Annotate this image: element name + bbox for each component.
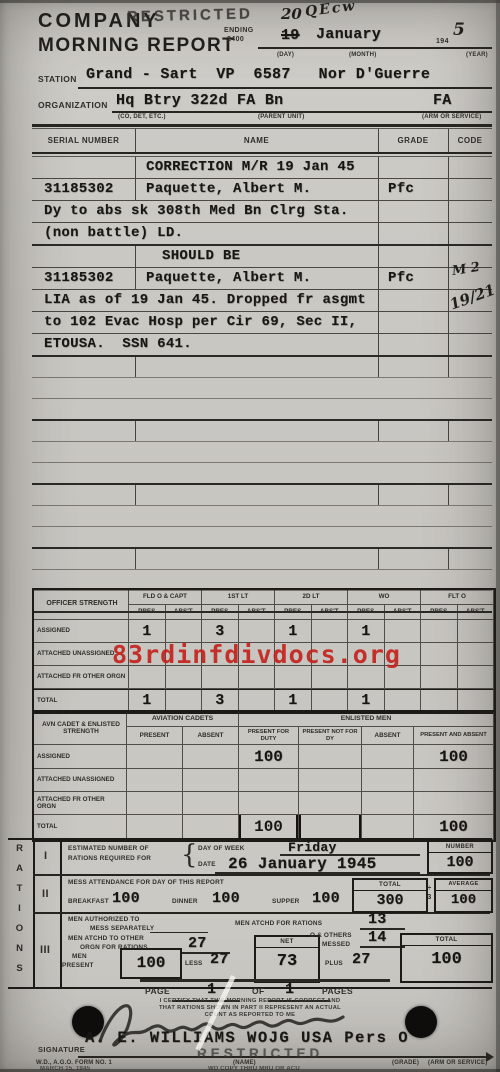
abst-header: ABS'T xyxy=(312,605,349,620)
net-value: 73 xyxy=(256,948,318,973)
number-label: NUMBER xyxy=(429,842,491,853)
blank-row xyxy=(32,378,492,399)
roster-row-remark: to 102 Evac Hosp per Cir 69, Sec II, xyxy=(32,312,492,334)
signature-typed-name: A. E. WILLIAMS WOJG USA Pers O xyxy=(85,1031,409,1047)
total2-value: 100 xyxy=(402,946,491,971)
men-present-box: 100 xyxy=(120,948,182,979)
col-code: CODE xyxy=(448,136,492,145)
enlisted-table-corner: AVN CADET & ENLISTED STRENGTH xyxy=(34,712,127,745)
men-present-label1: MEN xyxy=(72,953,87,960)
station-label: STATION xyxy=(38,75,77,85)
group-2d-lt: 2D LT xyxy=(275,590,348,605)
form-title-line2: MORNING REPORT xyxy=(38,35,235,57)
day-sublabel: (DAY) xyxy=(277,52,294,59)
rations-row1-numeral: I xyxy=(44,850,47,863)
supper-value: 100 xyxy=(312,891,340,906)
arm-sublabel: (ARM OR SERVICE) xyxy=(428,1060,487,1067)
atchd-for-rations-label: MEN ATCHD FOR RATIONS xyxy=(235,920,322,927)
less-value: 27 xyxy=(210,952,229,967)
signature-label: SIGNATURE xyxy=(38,1046,85,1055)
atchd-for-rations-value: 13 xyxy=(368,912,387,927)
roster-header-row: SERIAL NUMBER NAME GRADE CODE xyxy=(32,129,492,152)
enlisted-assigned-pa: 100 xyxy=(414,745,494,769)
entry2-remark1: LIA as of 19 Jan 45. Dropped fr asgmt xyxy=(44,293,366,307)
blank-row xyxy=(32,463,492,485)
day-handwritten: 20 xyxy=(281,7,302,22)
roster-row-remark: Dy to abs sk 308th Med Bn Clrg Sta. xyxy=(32,201,492,223)
rations-row3-numeral: III xyxy=(40,944,50,957)
abst-header: ABS'T xyxy=(239,605,276,620)
net-label: NET xyxy=(256,937,318,948)
officer-total-value: 1 xyxy=(129,689,166,712)
others-messed-value: 14 xyxy=(368,930,387,945)
entry1-grade: Pfc xyxy=(388,182,414,196)
pres-header: PRES xyxy=(129,605,166,620)
group-1st-lt: 1ST LT xyxy=(202,590,275,605)
group-enlisted-men: ENLISTED MEN xyxy=(239,712,494,727)
pres-header: PRES xyxy=(348,605,385,620)
correction-header-text: CORRECTION M/R 19 Jan 45 xyxy=(146,160,355,174)
day-of-week-value: Friday xyxy=(288,841,337,854)
blank-entry-row xyxy=(32,357,492,378)
entry2-code-handwritten: M 2 xyxy=(451,261,481,278)
org-parent-sublabel: (PARENT UNIT) xyxy=(258,114,304,121)
org-unit-sublabel: (CO, DET, ETC.) xyxy=(118,114,166,121)
day-of-week-label: DAY OF WEEK xyxy=(198,845,245,852)
roster-row-correction: CORRECTION M/R 19 Jan 45 xyxy=(32,157,492,179)
estimated-rations-label2: RATIONS REQUIRED FOR xyxy=(68,855,151,862)
roster-row-remark: ETOUSA. SSN 641. xyxy=(32,334,492,357)
total-value: 300 xyxy=(354,891,426,911)
officer-table-corner: OFFICER STRENGTH xyxy=(34,590,129,620)
station-underline xyxy=(78,87,492,89)
date-label: DATE xyxy=(198,861,216,868)
rations-row2-numeral: II xyxy=(42,888,49,901)
col-present-not-for-dy: PRESENT NOT FOR DY xyxy=(299,727,362,745)
plus-value: 27 xyxy=(352,952,371,967)
supper-label: SUPPER xyxy=(272,898,299,905)
plus-label: PLUS xyxy=(325,960,343,967)
date-underline xyxy=(258,47,492,49)
others-messed-label1: O & OTHERS xyxy=(310,932,352,939)
roster-row-should-be: SHOULD BE xyxy=(32,246,492,268)
average-value: 100 xyxy=(436,891,491,909)
others-messed-label2: MESSED xyxy=(322,941,350,948)
bottom-line xyxy=(140,979,390,982)
row-attached-unassigned: ATTACHED UNASSIGNED xyxy=(34,769,127,792)
abst-header: ABS'T xyxy=(385,605,422,620)
roster-table: SERIAL NUMBER NAME GRADE CODE CORRECTION… xyxy=(32,124,492,586)
atchd-other-label1: MEN ATCHD TO OTHER xyxy=(68,935,144,942)
number-value: 100 xyxy=(429,853,491,873)
blank-row xyxy=(32,399,492,421)
col-present: PRESENT xyxy=(127,727,183,745)
abst-header: ABS'T xyxy=(458,605,495,620)
col-absent-em: ABSENT xyxy=(362,727,414,745)
rations-section: RATIONS I II III ESTIMATED NUMBER OF RAT… xyxy=(8,838,492,989)
year-sublabel: (YEAR) xyxy=(466,52,488,59)
rations-vertical-label: RATIONS xyxy=(14,843,25,985)
col-present-for-duty: PRESENT FOR DUTY xyxy=(239,727,299,745)
brace: { xyxy=(181,840,198,870)
col-serial-number: SERIAL NUMBER xyxy=(32,136,135,145)
roster-row-entry2: 31185302 Paquette, Albert M. Pfc M 2 xyxy=(32,268,492,290)
row-total: TOTAL xyxy=(34,689,129,712)
group-flt-o: FLT O xyxy=(421,590,494,605)
breakfast-label: BREAKFAST xyxy=(68,898,109,905)
col-name: NAME xyxy=(135,136,378,145)
total-pnfd-box xyxy=(299,815,361,840)
blank-entry-row xyxy=(32,549,492,570)
average-label: AVERAGE xyxy=(436,880,491,891)
entry2-serial: 31185302 xyxy=(44,271,114,285)
mess-sep-underline xyxy=(150,932,208,933)
abst-header: ABS'T xyxy=(166,605,203,620)
row-attached-fr-other: ATTACHED FR OTHER ORGN xyxy=(34,666,129,689)
blank-entry-row xyxy=(32,485,492,506)
roster-row-remark: LIA as of 19 Jan 45. Dropped fr asgmt 19… xyxy=(32,290,492,312)
organization-underline xyxy=(112,111,492,113)
estimated-rations-label1: ESTIMATED NUMBER OF xyxy=(68,845,149,852)
total2-label: TOTAL xyxy=(402,935,491,946)
less-label: LESS xyxy=(185,960,203,967)
group-wo: WO xyxy=(348,590,421,605)
row-total: TOTAL xyxy=(34,815,127,840)
scan-edge-top xyxy=(0,0,500,3)
roster-row-entry1: 31185302 Paquette, Albert M. Pfc xyxy=(32,179,492,201)
total-box: TOTAL 300 xyxy=(352,878,428,913)
blank-row xyxy=(32,442,492,463)
organization-label: ORGANIZATION xyxy=(38,101,108,111)
blank-row xyxy=(32,527,492,549)
date-underline xyxy=(215,872,420,874)
roster-top-rule xyxy=(32,124,492,127)
grade-sublabel: (GRADE) xyxy=(392,1060,419,1067)
col-grade: GRADE xyxy=(378,136,448,145)
total-label: TOTAL xyxy=(354,880,426,891)
date-value: 26 January 1945 xyxy=(228,856,377,872)
mess-attendance-label: MESS ATTENDANCE FOR DAY OF THIS REPORT xyxy=(68,879,224,886)
should-be-text: SHOULD BE xyxy=(162,249,240,263)
divide-by-3: ÷ 3 xyxy=(425,884,434,902)
day-struck-out: 19 xyxy=(281,28,300,43)
year-handwritten: 5 xyxy=(453,22,465,39)
atchd-other-value: 27 xyxy=(188,936,207,951)
enlisted-strength-table: AVN CADET & ENLISTED STRENGTH AVIATION C… xyxy=(32,710,496,842)
organization-value: Hq Btry 322d FA Bn xyxy=(116,93,283,108)
net-box: NET 73 xyxy=(254,935,320,983)
blank-row xyxy=(32,506,492,527)
group-fldo-capt: FLD O & CAPT xyxy=(129,590,202,605)
entry1-name: Paquette, Albert M. xyxy=(146,182,311,196)
underline xyxy=(360,946,405,948)
roster-header-rule xyxy=(32,152,492,154)
roster-row-remark: (non battle) LD. xyxy=(32,223,492,246)
restricted-stamp-bottom: RESTRICTED xyxy=(197,1046,323,1061)
org-arm-sublabel: (ARM OR SERVICE) xyxy=(422,114,481,121)
col-present-and-absent: PRESENT AND ABSENT xyxy=(414,727,494,745)
men-present-value: 100 xyxy=(122,950,180,974)
row-divider-1 xyxy=(33,874,490,876)
watermark-text: 83rdinfdivdocs.org xyxy=(112,640,401,669)
pres-header: PRES xyxy=(202,605,239,620)
total-pfd-box: 100 xyxy=(239,815,298,840)
breakfast-value: 100 xyxy=(112,891,140,906)
pres-header: PRES xyxy=(275,605,312,620)
month-sublabel: (MONTH) xyxy=(349,52,376,59)
enlisted-total-pa: 100 xyxy=(414,815,494,840)
group-aviation-cadets: AVIATION CADETS xyxy=(127,712,239,727)
enlisted-assigned-pfd: 100 xyxy=(239,745,299,769)
row-assigned: ASSIGNED xyxy=(34,745,127,769)
year-printed-prefix: 194 xyxy=(436,38,449,46)
entry2-remark3: ETOUSA. SSN 641. xyxy=(44,337,192,351)
roster-rows: CORRECTION M/R 19 Jan 45 31185302 Paquet… xyxy=(32,157,492,613)
men-authorized-label1: MEN AUTHORIZED TO xyxy=(68,916,140,923)
officer-total-value: 1 xyxy=(348,689,385,712)
entry1-serial: 31185302 xyxy=(44,182,114,196)
pres-header: PRES xyxy=(421,605,458,620)
officer-total-value: 3 xyxy=(202,689,239,712)
entry2-name: Paquette, Albert M. xyxy=(146,271,311,285)
dinner-value: 100 xyxy=(212,891,240,906)
officer-total-value: 1 xyxy=(275,689,312,712)
men-present-label2: PRESENT xyxy=(62,962,94,969)
col-absent: ABSENT xyxy=(183,727,239,745)
station-value: Grand - Sart VP 6587 Nor D'Guerre xyxy=(86,67,430,82)
entry1-remark2: (non battle) LD. xyxy=(44,226,183,240)
ending-label: ENDING xyxy=(224,27,254,35)
punch-hole-right xyxy=(405,1006,437,1038)
blank-entry-row xyxy=(32,421,492,442)
average-box: AVERAGE 100 xyxy=(434,878,493,913)
morning-report-form: COMPANY MORNING REPORT RESTRICTED ENDING… xyxy=(0,0,500,1072)
month-typed: January xyxy=(316,27,381,42)
entry2-grade: Pfc xyxy=(388,271,414,285)
ending-2400-label: 2400 xyxy=(227,36,244,44)
row-attached-fr-other: ATTACHED FR OTHER ORGN xyxy=(34,792,127,815)
entry1-remark1: Dy to abs sk 308th Med Bn Clrg Sta. xyxy=(44,204,349,218)
entry2-remark2: to 102 Evac Hosp per Cir 69, Sec II, xyxy=(44,315,357,329)
number-box: NUMBER 100 xyxy=(427,840,493,874)
restricted-stamp-top: RESTRICTED xyxy=(127,5,253,25)
total2-box: TOTAL 100 xyxy=(400,933,493,983)
scan-edge-right xyxy=(496,0,500,1072)
men-authorized-label2: MESS SEPARATELY xyxy=(90,925,154,932)
arm-of-service-value: FA xyxy=(433,93,452,108)
dinner-label: DINNER xyxy=(172,898,198,905)
